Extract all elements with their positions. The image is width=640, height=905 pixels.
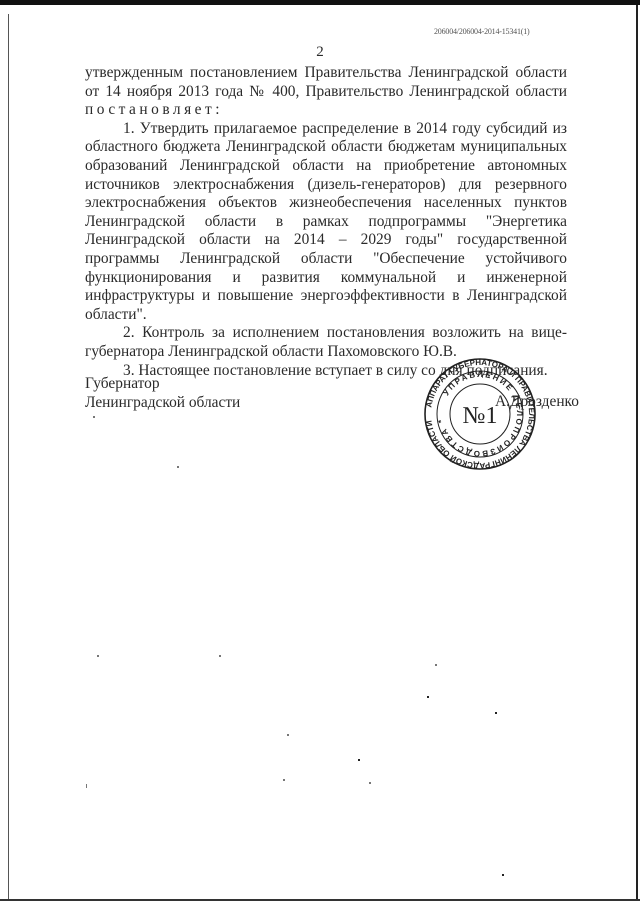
stamp-number: №1 [463,403,498,429]
scan-speck [86,784,87,788]
resolution-body: утвержденным постановлением Правительств… [85,64,567,380]
scan-speck [97,655,99,657]
signatory-title-line-1: Губернатор [85,375,240,394]
document-id: 206004/206004-2014-15341(1) [434,27,529,36]
signatory-title: Губернатор Ленинградской области [85,375,240,412]
scan-speck [495,712,497,714]
scan-speck [502,874,504,876]
page-number: 2 [0,44,640,61]
scan-border-bottom [0,899,640,901]
scan-border-top [0,0,640,5]
scan-speck [283,779,285,781]
item-1: 1. Утвердить прилагаемое распределение в… [85,120,567,325]
scan-border-left [8,14,9,900]
scan-speck [369,782,371,784]
scan-speck [177,466,179,468]
scan-border-right [636,5,638,900]
item-2: 2. Контроль за исполнением постановления… [85,324,567,361]
official-stamp-icon: АППАРАТ ГУБЕРНАТОРА И ПРАВИТЕЛЬСТВА ЛЕНИ… [423,357,537,471]
scan-speck [287,734,289,736]
scan-speck [93,416,95,418]
resolves-word: постановляет: [85,101,567,120]
scan-speck [435,664,437,666]
intro-line-2: от 14 ноября 2013 года № 400, Правительс… [85,83,567,102]
signatory-title-line-2: Ленинградской области [85,394,240,413]
intro-line-1: утвержденным постановлением Правительств… [85,64,567,83]
signer-name: А.Дрозденко [495,393,579,412]
document-page: 206004/206004-2014-15341(1) 2 утвержденн… [0,0,640,905]
scan-speck [427,696,429,698]
scan-speck [358,759,360,761]
scan-speck [219,655,221,657]
